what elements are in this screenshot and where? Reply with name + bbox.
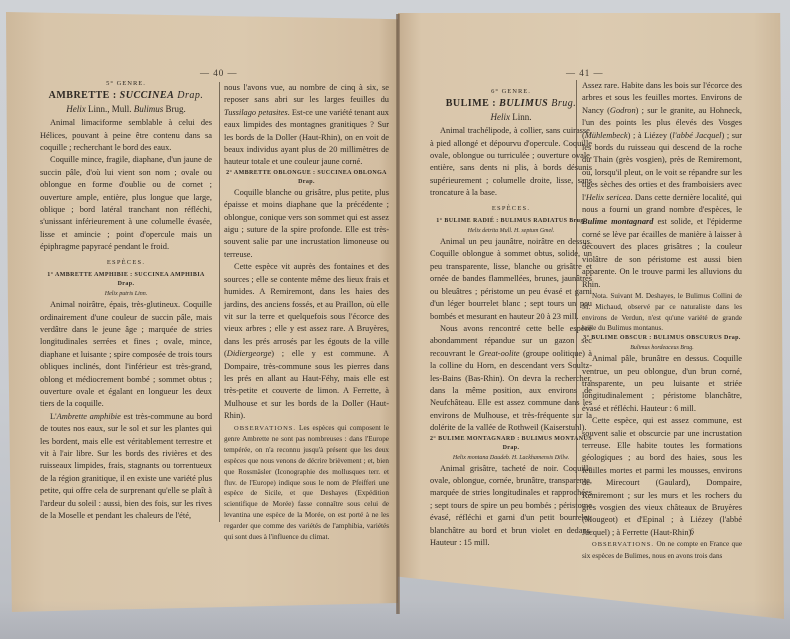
column-rule (576, 80, 577, 520)
species-heading: 2° BULIME MONTAGNARD : BULIMUS MONTANUS … (430, 435, 592, 453)
observations-paragraph: OBSERVATIONS. Les espèces qui composent … (224, 423, 389, 543)
genre-heading: 6° GENRE. (430, 86, 592, 98)
genus-title: BULIME : BULIMUS Brug. (430, 98, 592, 110)
paragraph: Coquille mince, fragile, diaphane, d'un … (40, 154, 212, 253)
paragraph: Animal trachélipode, à collier, sans cui… (430, 125, 592, 199)
right-page-column-1: 6° GENRE. BULIME : BULIMUS Brug. Helix L… (430, 84, 592, 549)
section-heading: ESPÈCES. (40, 257, 212, 269)
section-heading: ESPÈCES. (430, 203, 592, 215)
species-heading: 2° AMBRETTE OBLONGUE : SUCCINEA OBLONGA … (224, 169, 389, 187)
paragraph: Cette espèce, qui est assez commune, est… (582, 415, 742, 539)
genus-synonym: Helix Linn. (430, 111, 592, 123)
signature-mark: 6 (690, 527, 694, 536)
paragraph: Animal pâle, brunâtre en dessus. Coquill… (582, 353, 742, 415)
paragraph: Animal noirâtre, épais, très-glutineux. … (40, 299, 212, 411)
left-page-column-2: nous l'avons vue, au nombre de cinq à si… (224, 82, 389, 542)
species-heading: 1° BULIME RADIÉ : BULIMUS RADIATUS Brug. (430, 217, 592, 226)
genus-title: AMBRETTE : SUCCINEA Drap. (40, 90, 212, 102)
note-paragraph: Nota. Suivant M. Deshayes, le Bulimus Co… (582, 291, 742, 334)
paragraph: Animal grisâtre, tacheté de noir. Coquil… (430, 463, 592, 550)
paragraph: nous l'avons vue, au nombre de cinq à si… (224, 82, 389, 169)
genus-synonym: Helix Linn., Mull. Bulimus Brug. (40, 103, 212, 115)
species-synonym: Helix putris Linn. (40, 289, 212, 299)
paragraph: Cette espèce vit auprès des fontaines et… (224, 261, 389, 422)
species-heading: 3° BULIME OBSCUR : BULIMUS OBSCURUS Drap… (582, 334, 742, 343)
paragraph: Nous avons rencontré cette belle espèce … (430, 323, 592, 435)
species-synonym: Helix detrita Mull. H. septum Gmel. (430, 226, 592, 236)
paragraph: L'Ambrette amphibie est très-commune au … (40, 411, 212, 523)
paragraph: Assez rare. Habite dans les bois sur l'é… (582, 80, 742, 291)
observations-paragraph: OBSERVATIONS. On ne compte en France que… (582, 539, 742, 562)
table-surface (0, 600, 790, 639)
page-number-right: — 41 — (566, 68, 604, 78)
book-gutter (396, 14, 400, 614)
right-page-column-2: Assez rare. Habite dans les bois sur l'é… (582, 80, 742, 562)
genre-heading: 5° GENRE. (40, 78, 212, 90)
paragraph: Animal un peu jaunâtre, noirâtre en dess… (430, 236, 592, 323)
column-rule (219, 82, 220, 522)
species-heading: 1° AMBRETTE AMPHIBIE : SUCCINEA AMPHIBIA… (40, 271, 212, 289)
paragraph: Animal limaciforme semblable à celui des… (40, 117, 212, 154)
species-synonym: Helix montana Daudeb. H. Lackhamensis Di… (430, 453, 592, 463)
left-page-column-1: 5° GENRE. AMBRETTE : SUCCINEA Drap. Heli… (40, 76, 212, 522)
species-synonym: Bulimus hordeaceus Brug. (582, 343, 742, 353)
paragraph: Coquille blanche ou grisâtre, plus petit… (224, 187, 389, 261)
